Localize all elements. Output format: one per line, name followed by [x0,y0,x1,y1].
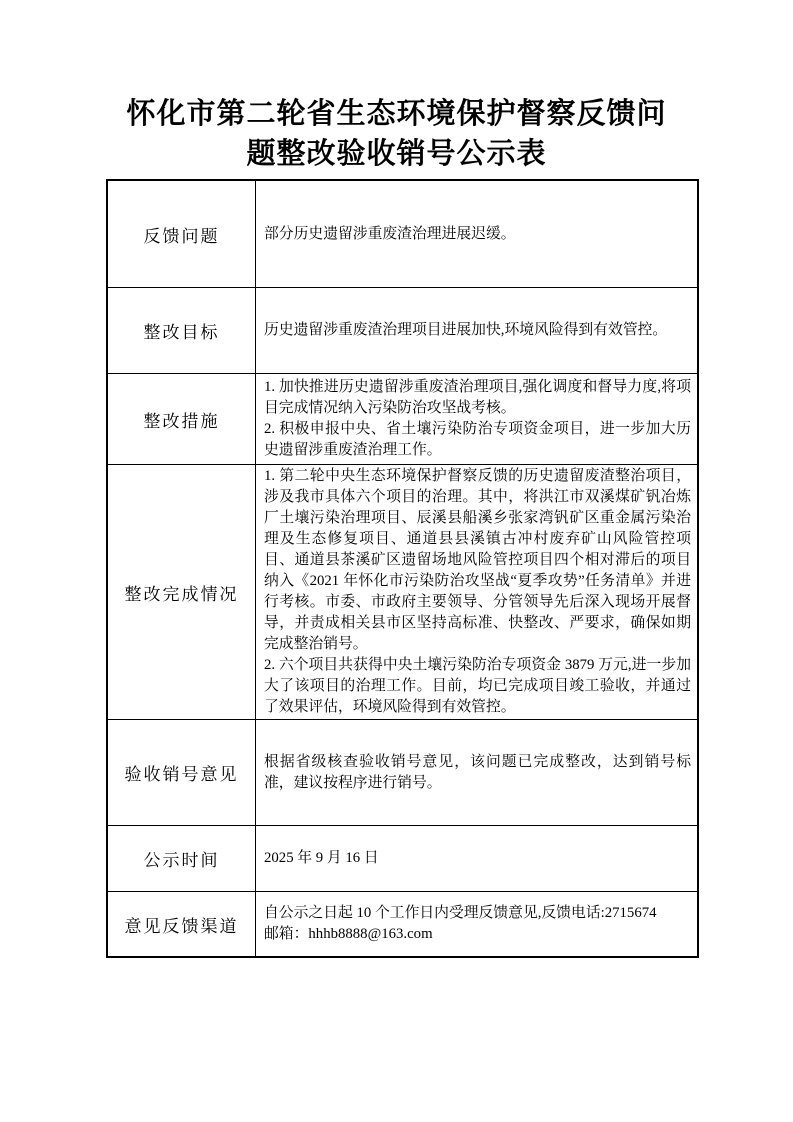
row-rectification-target: 整改目标 历史遗留涉重废渣治理项目进展加快,环境风险得到有效管控。 [108,287,697,373]
row-rectification-measures: 整改措施 1. 加快推进历史遗留涉重废渣治理项目,强化调度和督导力度,将项目完成… [108,373,697,464]
feedback-problem-content: 部分历史遗留涉重废渣治理进展迟缓。 [256,181,697,287]
page-title: 怀化市第二轮省生态环境保护督察反馈问 题整改验收销号公示表 [0,0,793,174]
feedback-problem-text: 部分历史遗留涉重废渣治理进展迟缓。 [264,224,691,245]
rectification-measures-text: 1. 加快推进历史遗留涉重废渣治理项目,强化调度和督导力度,将项目完成情况纳入污… [264,377,691,461]
row-feedback-channel: 意见反馈渠道 自公示之日起 10 个工作日内受理反馈意见,反馈电话:271567… [108,891,697,956]
publicity-time-content: 2025 年 9 月 16 日 [256,826,697,891]
feedback-channel-text: 自公示之日起 10 个工作日内受理反馈意见,反馈电话:2715674 邮箱：hh… [264,903,691,945]
row-acceptance-opinion: 验收销号意见 根据省级核查验收销号意见，该问题已完成整改，达到销号标准，建议按程… [108,719,697,825]
page-title-line1: 怀化市第二轮省生态环境保护督察反馈问 [0,94,793,134]
page-title-line2: 题整改验收销号公示表 [0,134,793,174]
publicity-time-label: 公示时间 [108,826,256,891]
feedback-channel-label: 意见反馈渠道 [108,892,256,956]
rectification-target-content: 历史遗留涉重废渣治理项目进展加快,环境风险得到有效管控。 [256,288,697,373]
feedback-problem-label: 反馈问题 [108,181,256,287]
rectification-target-label: 整改目标 [108,288,256,373]
publicity-table: 反馈问题 部分历史遗留涉重废渣治理进展迟缓。 整改目标 历史遗留涉重废渣治理项目… [106,179,699,958]
acceptance-opinion-text: 根据省级核查验收销号意见，该问题已完成整改，达到销号标准，建议按程序进行销号。 [264,752,691,794]
document-page: 怀化市第二轮省生态环境保护督察反馈问 题整改验收销号公示表 反馈问题 部分历史遗… [0,0,793,1122]
publicity-time-text: 2025 年 9 月 16 日 [264,848,691,869]
rectification-measures-content: 1. 加快推进历史遗留涉重废渣治理项目,强化调度和督导力度,将项目完成情况纳入污… [256,374,697,464]
rectification-measures-label: 整改措施 [108,374,256,464]
row-feedback-problem: 反馈问题 部分历史遗留涉重废渣治理进展迟缓。 [108,181,697,287]
completion-status-text: 1. 第二轮中央生态环境保护督察反馈的历史遗留废渣整治项目，涉及我市具体六个项目… [264,466,691,718]
feedback-channel-content: 自公示之日起 10 个工作日内受理反馈意见,反馈电话:2715674 邮箱：hh… [256,892,697,956]
completion-status-label: 整改完成情况 [108,465,256,719]
acceptance-opinion-content: 根据省级核查验收销号意见，该问题已完成整改，达到销号标准，建议按程序进行销号。 [256,720,697,825]
acceptance-opinion-label: 验收销号意见 [108,720,256,825]
row-publicity-time: 公示时间 2025 年 9 月 16 日 [108,825,697,891]
completion-status-content: 1. 第二轮中央生态环境保护督察反馈的历史遗留废渣整治项目，涉及我市具体六个项目… [256,465,697,719]
row-completion-status: 整改完成情况 1. 第二轮中央生态环境保护督察反馈的历史遗留废渣整治项目，涉及我… [108,464,697,719]
rectification-target-text: 历史遗留涉重废渣治理项目进展加快,环境风险得到有效管控。 [264,320,691,341]
